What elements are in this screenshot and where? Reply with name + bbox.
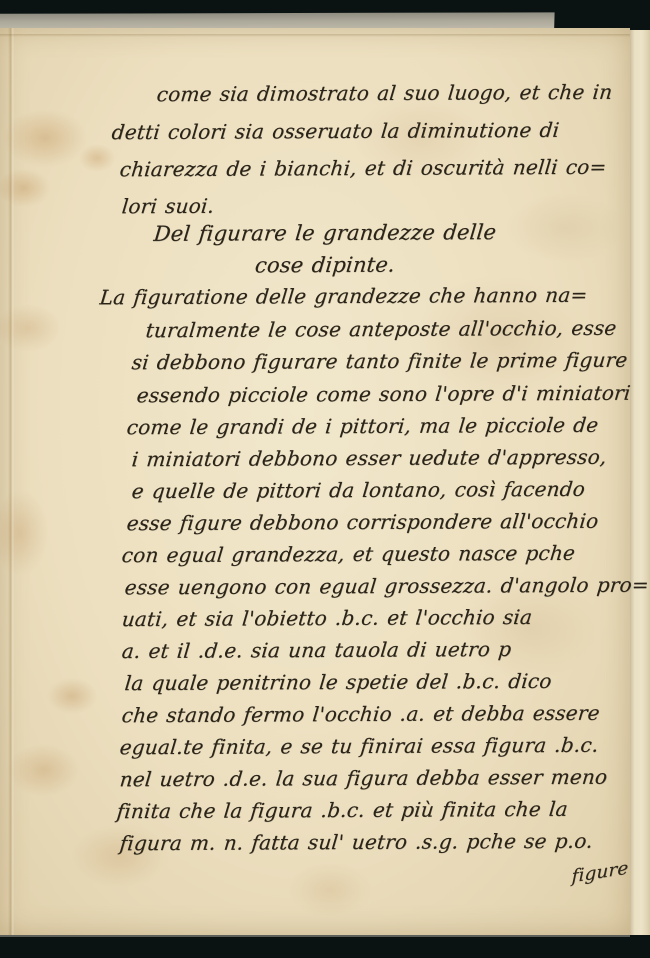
text-line: lori suoi. [121,193,216,219]
text-line: si debbono figurare tanto finite le prim… [131,347,629,376]
text-line: egual.te finita, e se tu finirai essa fi… [119,732,600,761]
text-line: La figuratione delle grandezze che hanno… [99,282,589,311]
text-line: e quelle de pittori da lontano, così fac… [131,476,587,504]
text-line: chiarezza de i bianchi, et di oscurità n… [119,154,608,183]
text-line: i miniatori debbono esser uedute d'appre… [131,444,608,472]
text-line: come sia dimostrato al suo luogo, et che… [156,79,614,107]
text-line: con egual grandezza, et questo nasce pch… [121,540,577,568]
section-heading-line: Del figurare le grandezze delle [104,219,547,247]
text-line: finita che la figura .b.c. et più finita… [116,796,570,824]
text-line: la quale penitrino le spetie del .b.c. d… [124,668,553,696]
text-line: esse uengono con egual grossezza. d'ango… [124,572,650,601]
text-line: come le grandi de i pittori, ma le picci… [126,412,600,440]
text-line: esse figure debbono corrispondere all'oc… [126,508,600,536]
text-line: a. et il .d.e. sia una tauola di uetro p [121,636,513,664]
text-line: nel uetro .d.e. la sua figura debba esse… [119,764,609,793]
text-line: uati, et sia l'obietto .b.c. et l'occhio… [121,604,534,632]
text-line: che stando fermo l'occhio .a. et debba e… [121,700,601,729]
text-line: turalmente le cose anteposte all'occhio,… [145,315,618,343]
text-line: figura m. n. fatta sul' uetro .s.g. pche… [119,828,595,856]
gutter-crease [8,28,14,935]
text-line: essendo picciole come sono l'opre d'i mi… [136,380,632,409]
section-heading-line: cose dipinte. [104,251,547,279]
photo-frame: come sia dimostrato al suo luogo, et che… [0,0,650,958]
page-stack-edge [628,30,650,935]
manuscript-page: come sia dimostrato al suo luogo, et che… [0,28,630,935]
catchword: figure [571,856,628,890]
top-crease [0,34,630,37]
text-line: detti colori sia osseruato la diminution… [111,117,561,145]
